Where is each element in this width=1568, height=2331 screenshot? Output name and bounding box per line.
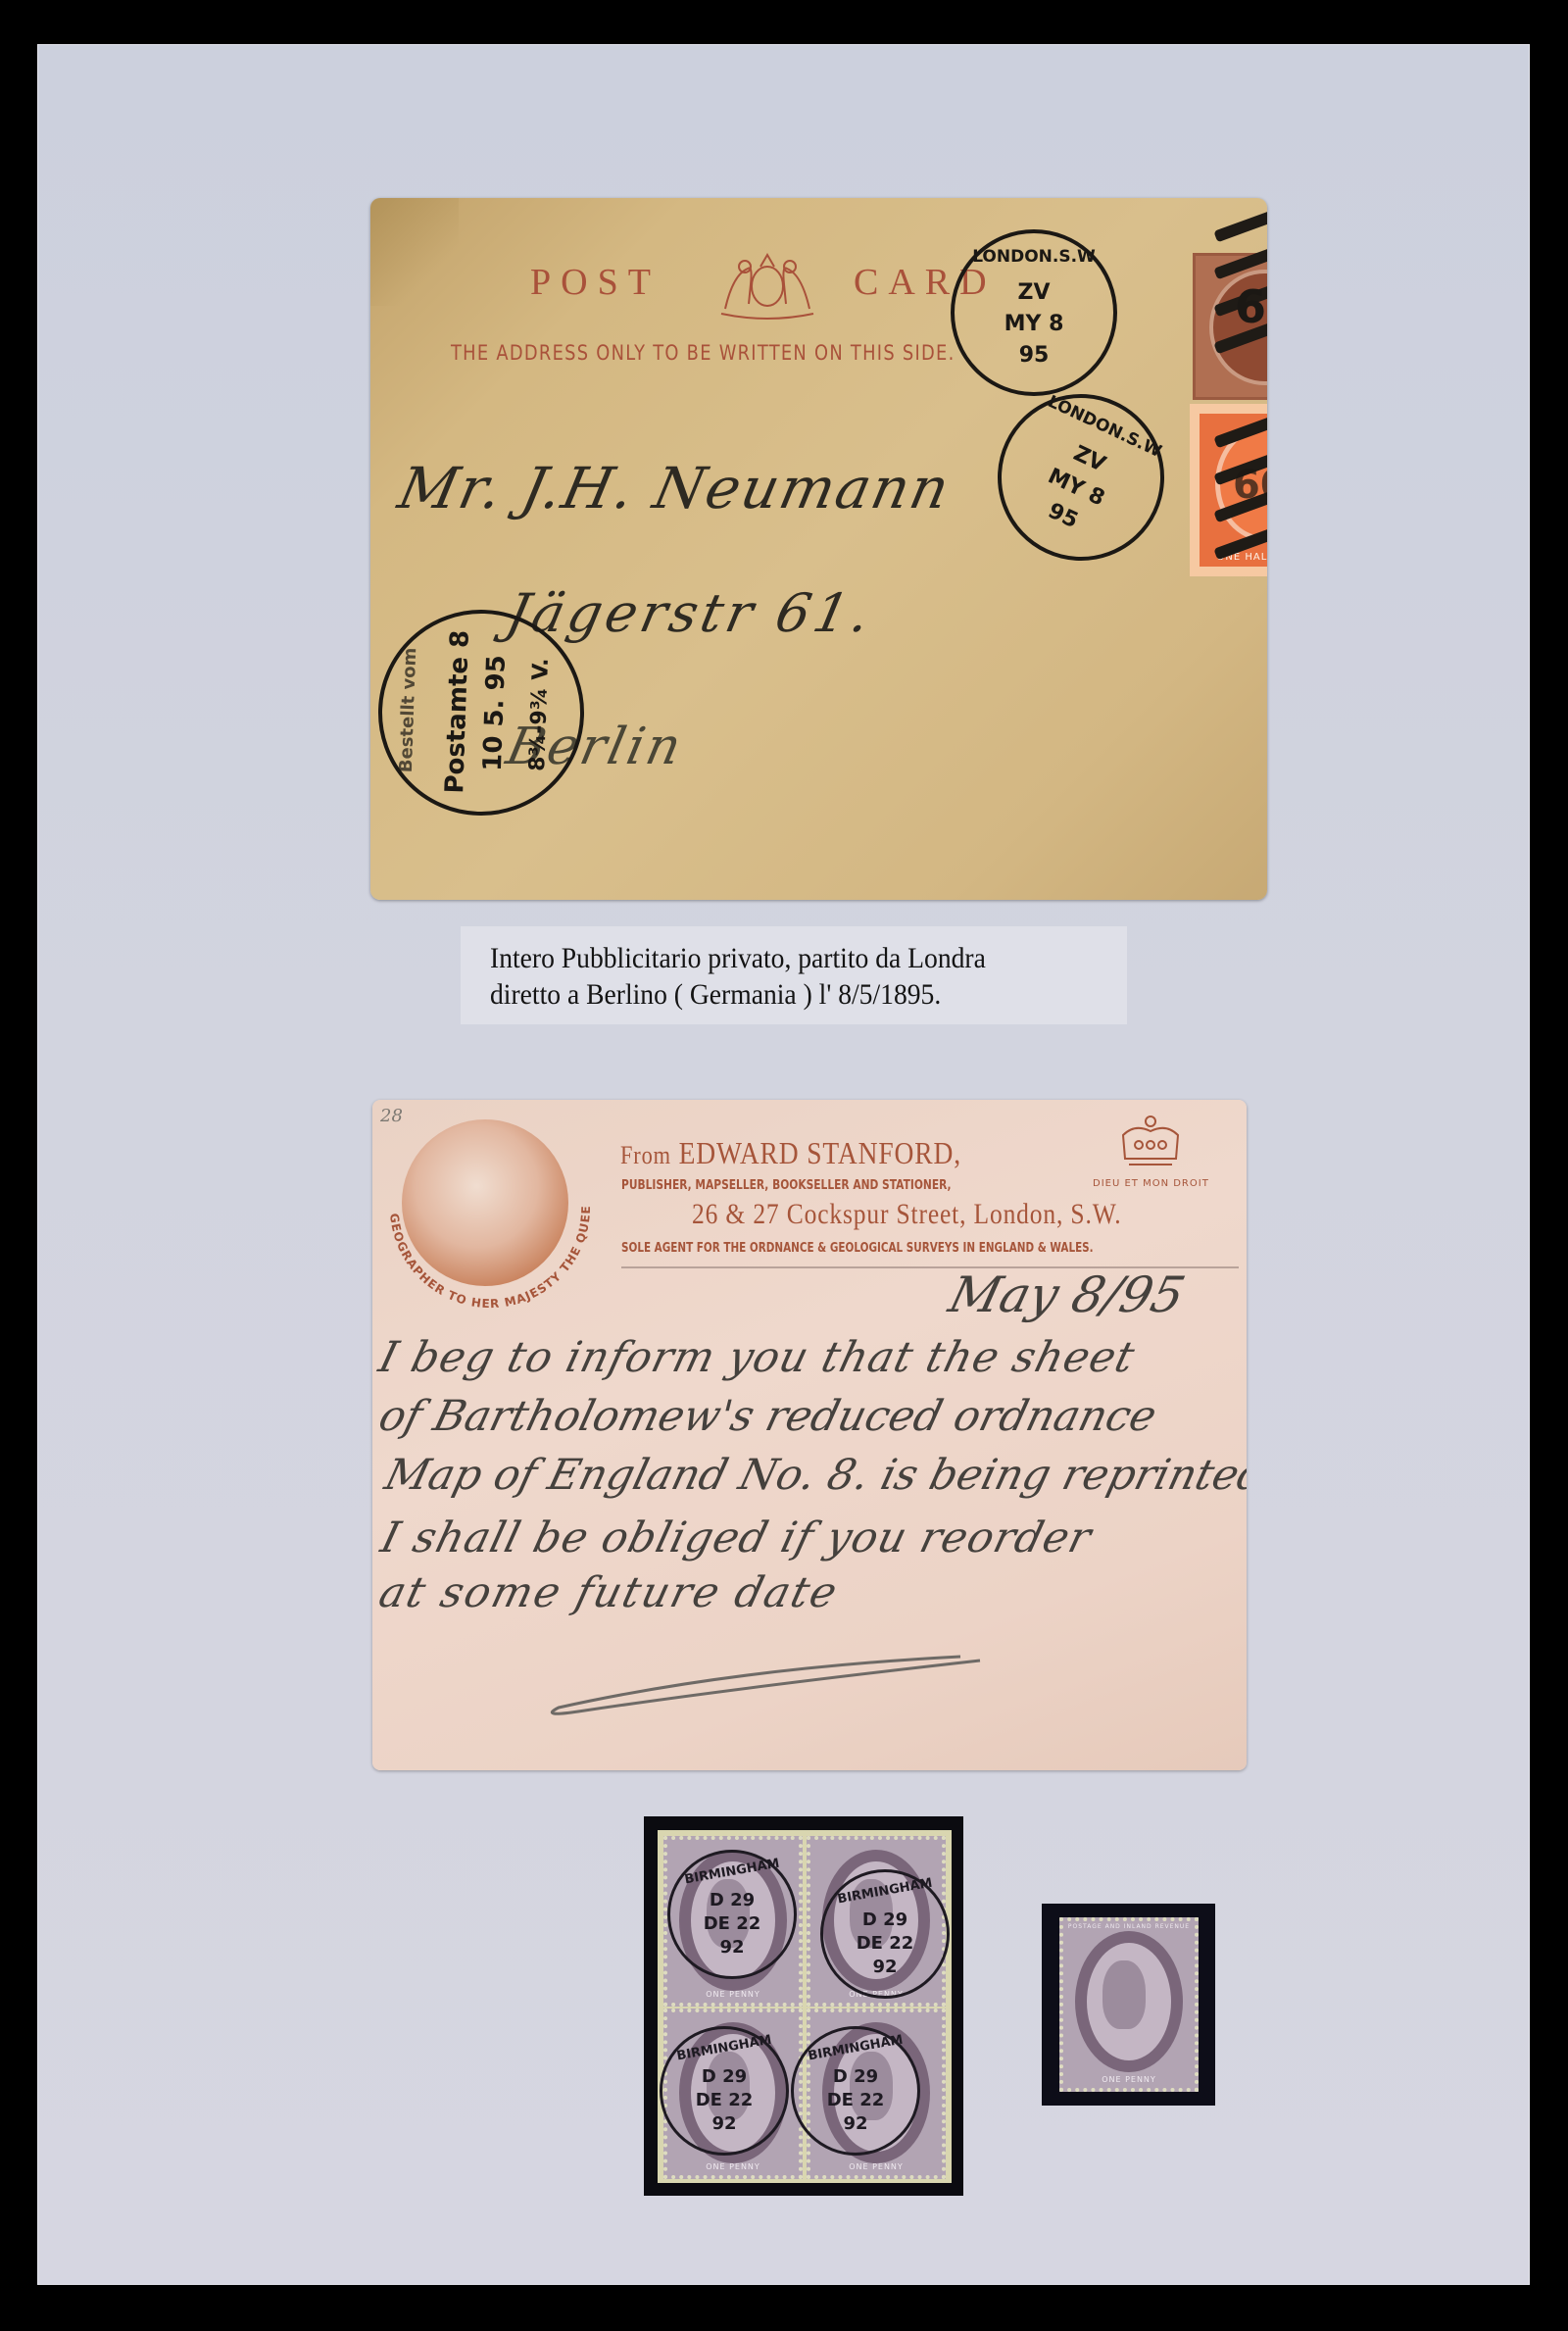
postmark-london-sw: LONDON.S.W ZV MY 8 95: [951, 229, 1117, 396]
duplex-cancel-bars-icon: [1213, 198, 1267, 610]
sender-address: 26 & 27 Cockspur Street, London, S.W.: [692, 1198, 1121, 1231]
message-date: May 8/95: [944, 1266, 1191, 1323]
crown-icon: [1115, 1114, 1186, 1170]
postmark-birmingham: BIRMINGHAM D 29 DE 22 92: [820, 1869, 950, 1999]
message-line-5: at some future date: [374, 1568, 844, 1617]
stamp-block-of-four: ONE PENNY ONE PENNY ONE PENNY ONE PENNY …: [644, 1816, 963, 2196]
stamp-value: ONE PENNY: [1063, 2075, 1195, 2084]
sender-trade: PUBLISHER, MAPSELLER, BOOKSELLER AND STA…: [621, 1178, 952, 1193]
postcard-edward-stanford: 28 GEOGRAPHER TO HER MAJESTY THE QUEEN. …: [372, 1100, 1247, 1770]
sender-agent-line: SOLE AGENT FOR THE ORDNANCE & GEOLOGICAL…: [621, 1241, 1094, 1256]
caption-line-1: Intero Pubblicitario privato, partito da…: [490, 940, 1049, 976]
postcard-london-berlin: POST CARD THE ADDRESS ONLY TO BE WRITTEN…: [370, 198, 1267, 900]
motto: DIEU ET MON DROIT: [1093, 1178, 1209, 1189]
cancel-number: 60: [1235, 280, 1267, 333]
message-line-3: Map of England No. 8. is being reprinted: [380, 1451, 1247, 1500]
message-line-2: of Bartholomew's reduced ordnance: [374, 1392, 1161, 1441]
caption-label: Intero Pubblicitario privato, partito da…: [461, 926, 1127, 1024]
geographer-legend: GEOGRAPHER TO HER MAJESTY THE QUEEN.: [372, 1100, 608, 1335]
caption-line-2: diretto a Berlino ( Germania ) l' 8/5/18…: [490, 976, 1049, 1013]
postmark-birmingham: BIRMINGHAM D 29 DE 22 92: [667, 1850, 797, 1979]
address-line-name: Mr. J.H. Neumann: [393, 455, 956, 521]
stamp-legend: POSTAGE AND INLAND REVENUE: [1063, 1923, 1195, 1930]
postmark-birmingham: BIRMINGHAM D 29 DE 22 92: [791, 2026, 920, 2156]
queen-victoria-portrait-icon: [1102, 1960, 1146, 2029]
svg-text:GEOGRAPHER TO HER MAJESTY THE: GEOGRAPHER TO HER MAJESTY THE QUEEN.: [372, 1100, 593, 1311]
postmark-birmingham: BIRMINGHAM D 29 DE 22 92: [660, 2026, 789, 2156]
cancel-number-2: 60: [1233, 463, 1267, 508]
address-instruction: THE ADDRESS ONLY TO BE WRITTEN ON THIS S…: [451, 341, 955, 365]
royal-coat-of-arms-icon: [704, 245, 831, 323]
message-line-1: I beg to inform you that the sheet: [374, 1333, 1140, 1382]
address-line-street: Jägerstr 61.: [501, 582, 879, 644]
title-post: POST: [530, 261, 661, 304]
signature-flourish-icon: [539, 1649, 1049, 1727]
single-penny-lilac-stamp: POSTAGE AND INLAND REVENUE ONE PENNY: [1042, 1904, 1215, 2106]
message-line-4: I shall be obliged if you reorder: [376, 1513, 1097, 1562]
sender-name: From EDWARD STANFORD,: [620, 1135, 961, 1171]
postmark-london-sw-2: LONDON.S.W ZV MY 8 95: [970, 367, 1192, 588]
